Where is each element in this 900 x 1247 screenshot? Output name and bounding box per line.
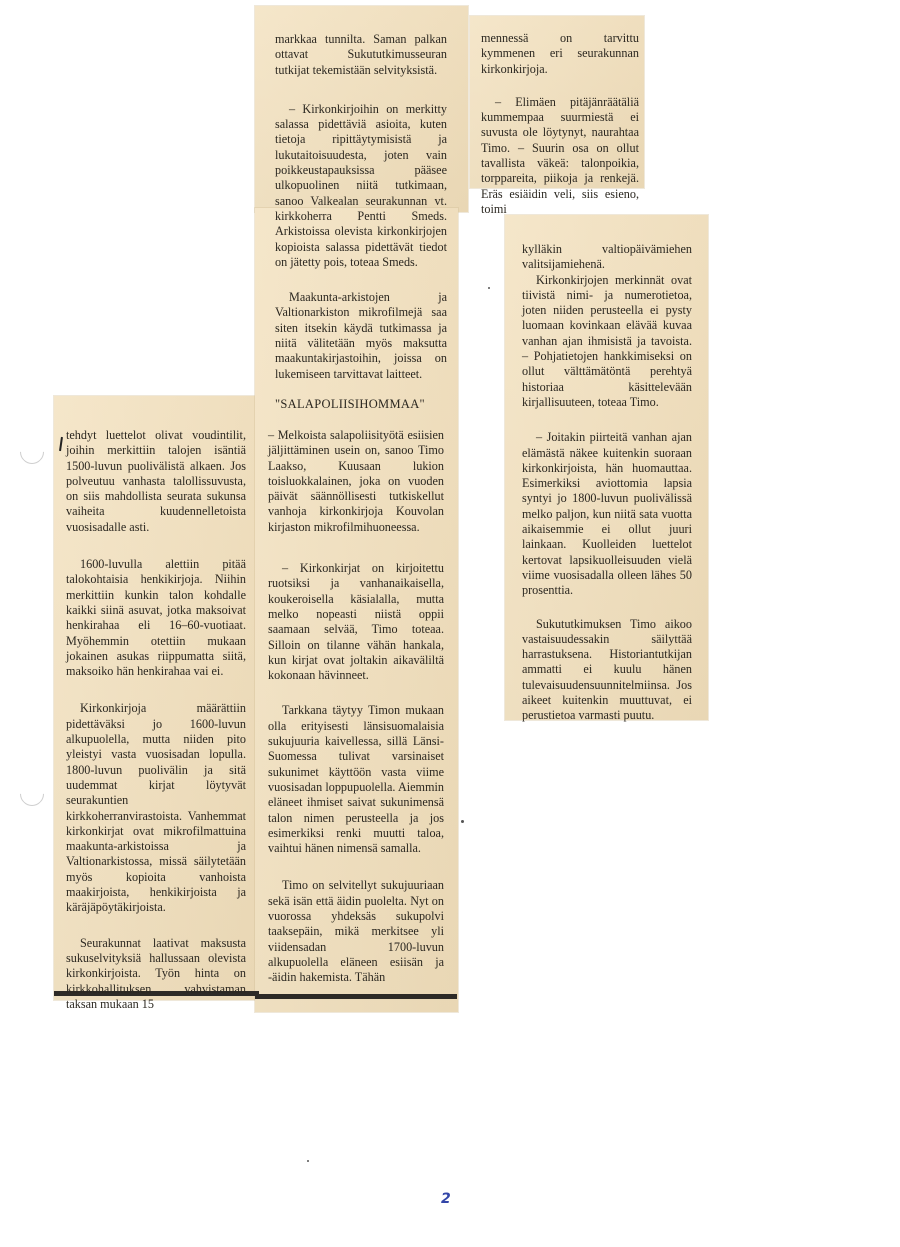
speck bbox=[461, 820, 464, 823]
paragraph: Seurakunnat laativat maksusta sukuselvit… bbox=[66, 936, 246, 1012]
paragraph: Sukututkimuksen Timo aikoo vastaisuudess… bbox=[522, 617, 692, 724]
column-left: tehdyt luettelot olivat voudintilit, joi… bbox=[66, 428, 246, 1012]
paragraph: Kirkonkirjojen merkinnät ovat tiivistä n… bbox=[522, 273, 692, 411]
paragraph: markkaa tunnilta. Saman palkan ottavat S… bbox=[275, 32, 447, 78]
paragraph: tehdyt luettelot olivat voudintilit, joi… bbox=[66, 428, 246, 535]
rule-middle bbox=[255, 994, 457, 999]
column-right: kylläkin valtiopäivämiehen valitsijamieh… bbox=[522, 242, 692, 724]
page-number: 2 bbox=[441, 1191, 451, 1207]
paragraph: – Melkoista salapoliisityötä esiisien jä… bbox=[268, 428, 444, 535]
paragraph: – Joitakin piirteitä vanhan ajan elämäst… bbox=[522, 430, 692, 598]
paragraph: Timo on selvitellyt sukujuuriaan sekä is… bbox=[268, 878, 444, 985]
paragraph: mennessä on tarvittu kymmenen eri seurak… bbox=[481, 31, 639, 77]
punch-hole-top bbox=[15, 435, 49, 469]
punch-hole-bottom bbox=[15, 777, 49, 811]
speck bbox=[307, 1160, 309, 1162]
paragraph: Maakunta-arkistojen ja Valtionarkiston m… bbox=[275, 290, 447, 382]
column-top-right: mennessä on tarvittu kymmenen eri seurak… bbox=[481, 31, 639, 217]
section-heading: "SALAPOLIISIHOMMAA" bbox=[275, 397, 447, 412]
speck bbox=[488, 287, 490, 289]
paragraph: Kirkonkirjoja määrättiin pidettäväksi jo… bbox=[66, 701, 246, 915]
column-top-middle: markkaa tunnilta. Saman palkan ottavat S… bbox=[275, 32, 447, 427]
paragraph: – Elimäen pitäjänräätäliä kummempaa suur… bbox=[481, 95, 639, 217]
paragraph: 1600-luvulla alettiin pitää talokohtaisi… bbox=[66, 557, 246, 679]
paragraph: Tarkkana täytyy Timon mukaan olla erityi… bbox=[268, 703, 444, 856]
paragraph: kylläkin valtiopäivämiehen valitsijamieh… bbox=[522, 242, 692, 273]
paragraph: – Kirkonkirjat on kirjoitettu ruotsiksi … bbox=[268, 561, 444, 683]
column-middle-lower: – Melkoista salapoliisityötä esiisien jä… bbox=[268, 428, 444, 986]
paragraph: – Kirkonkirjoihin on merkitty salassa pi… bbox=[275, 102, 447, 270]
